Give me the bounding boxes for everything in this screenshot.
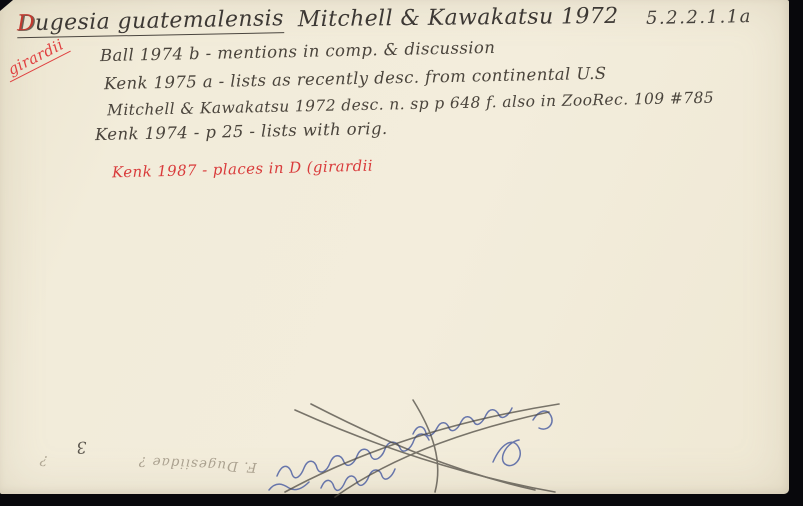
entry-kenk-1974: Kenk 1974 - p 25 - lists with orig. — [95, 119, 388, 144]
entry-kenk-1987-red: Kenk 1987 - places in D (girardii — [112, 157, 373, 182]
scribble-svg — [263, 392, 573, 504]
pencil-crossout-scribble — [285, 400, 559, 497]
index-card: Dugesia guatemalensisMitchell & Kawakats… — [0, 0, 789, 494]
inverted-pencil-number: 3 — [75, 438, 87, 458]
card-title: Dugesia guatemalensisMitchell & Kawakats… — [17, 4, 619, 37]
crossed-out-inverted-note — [263, 392, 573, 504]
species-authority: Mitchell & Kawakatsu 1972 — [298, 4, 619, 32]
scanned-card-page: Dugesia guatemalensisMitchell & Kawakats… — [0, 0, 803, 506]
entry-mitchell-kawakatsu-1972: Mitchell & Kawakatsu 1972 desc. n. sp p … — [107, 89, 714, 120]
species-name: Dugesia guatemalensis — [17, 6, 284, 38]
card-index-number: 5.2.2.1.1a — [646, 6, 752, 29]
entry-kenk-1975a: Kenk 1975 a - lists as recently desc. fr… — [104, 64, 607, 94]
inverted-pencil-family-note: F. Dugesiidae ? — [138, 453, 257, 475]
scan-corner-notch — [0, 0, 13, 11]
margin-note-girardii: girardii — [1, 34, 71, 83]
inverted-pencil-question-mark: ? — [39, 451, 50, 468]
entry-ball-1974b: Ball 1974 b - mentions in comp. & discus… — [100, 38, 496, 65]
